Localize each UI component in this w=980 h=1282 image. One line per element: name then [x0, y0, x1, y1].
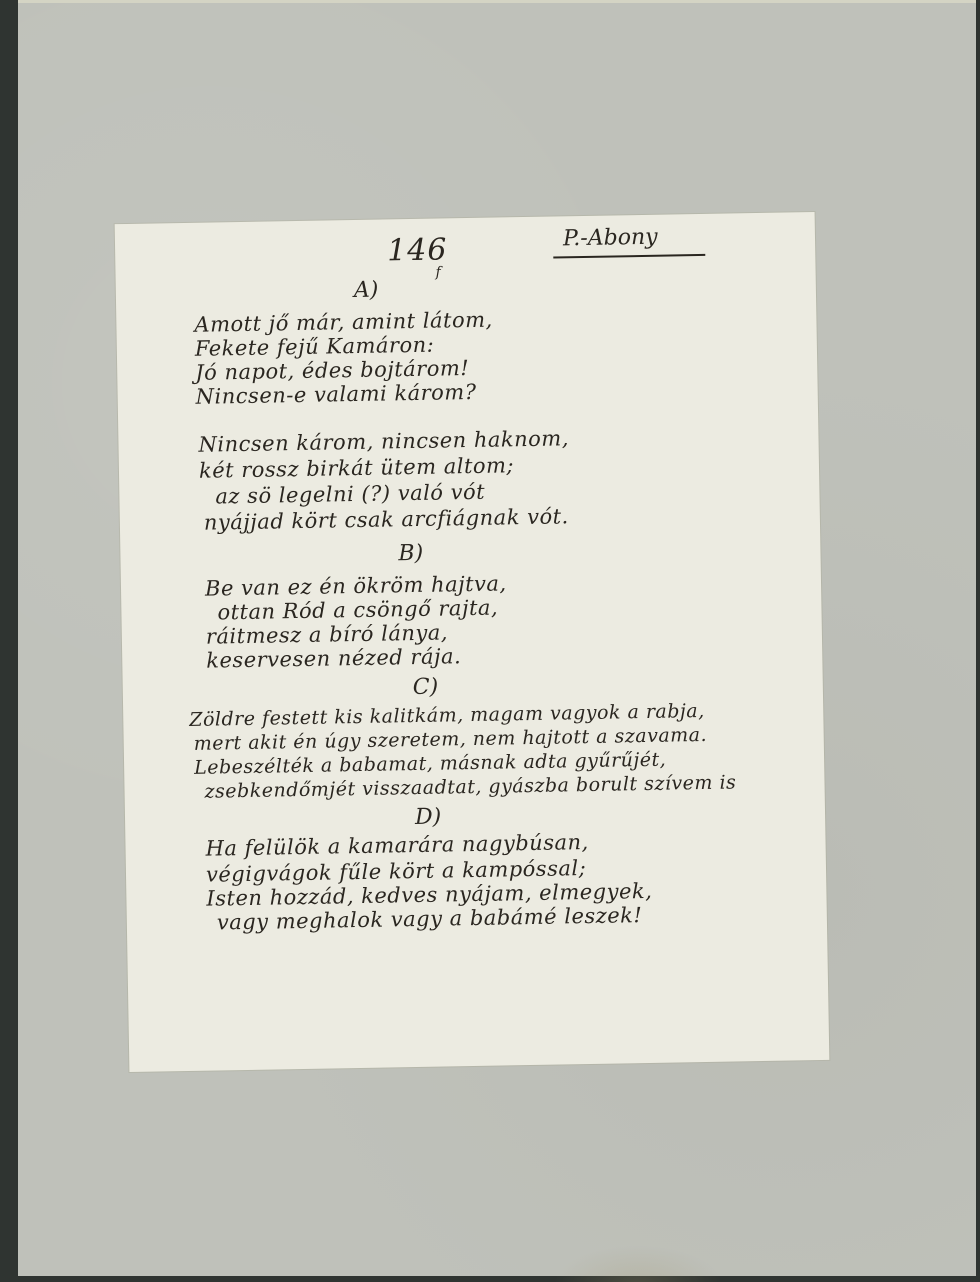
section-label-b: B) — [398, 541, 423, 566]
section-label-a: A) — [354, 278, 379, 303]
verse-line: ottan Ród a csöngő rajta, — [217, 596, 498, 625]
verse-line: Amott jő már, amint látom, — [194, 308, 493, 337]
verse-line: Nincsen károm, nincsen haknom, — [198, 426, 569, 456]
page-number: 146 — [387, 232, 448, 268]
water-stain — [553, 1245, 723, 1282]
section-label-c: C) — [413, 675, 439, 700]
page-number-mark: f — [435, 264, 440, 280]
manuscript-sheet: 146 f P.-Abony A) Amott jő már, amint lá… — [115, 212, 830, 1072]
verse-line: nyájjad kört csak arcfiágnak vót. — [204, 504, 569, 534]
verse-line: keservesen nézed rája. — [206, 644, 461, 672]
place-underline — [553, 254, 705, 258]
verse-line: Nincsen-e valami károm? — [195, 380, 476, 409]
place-name: P.-Abony — [563, 225, 658, 252]
verse-line: két rossz birkát ütem altom; — [199, 453, 514, 482]
section-label-d: D) — [415, 805, 442, 830]
mount-top-edge — [18, 0, 976, 3]
verse-line: az sö legelni (?) való vót — [215, 480, 485, 509]
